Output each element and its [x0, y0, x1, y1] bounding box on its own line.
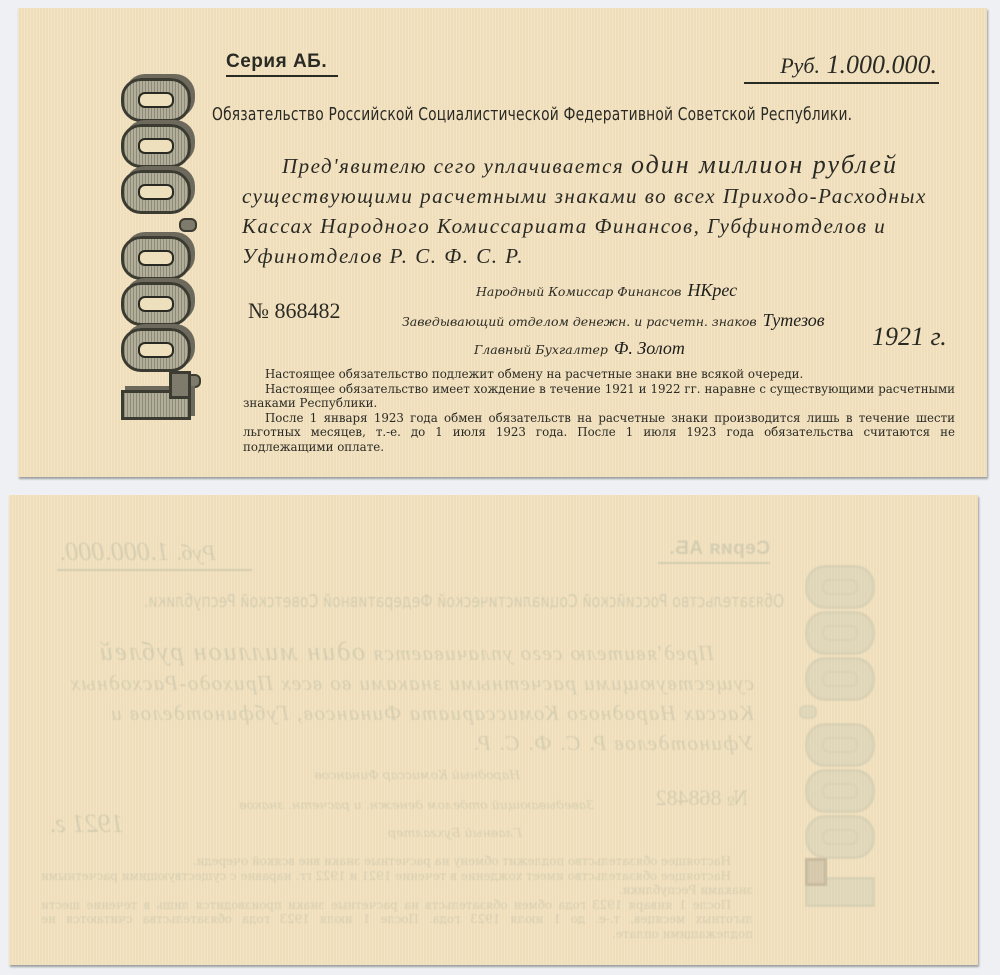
body-line2: существующими расчетными знаками во всех…	[242, 181, 942, 211]
ghost-paragraph: После 1 января 1923 года обмен обязатель…	[41, 898, 753, 942]
show-through-print: Серия АБ. Руб. 1.000.000. Обязательство …	[9, 495, 978, 965]
ghost-line: Пред'явителю сего уплачивается	[365, 641, 714, 665]
fine-print: Настоящее обязательство подлежит обмену …	[243, 367, 955, 454]
fine-print-paragraph: Настоящее обязательство подлежит обмену …	[243, 367, 955, 382]
ghost-fine-print: Настоящее обязательство подлежит обмену …	[41, 854, 753, 941]
vertical-denomination-graphic	[113, 78, 203, 423]
dot-graphic	[799, 705, 817, 719]
digit-zero-graphic	[121, 78, 191, 122]
ghost-serial: № 868482	[656, 785, 749, 811]
signature: НКрес	[687, 280, 737, 300]
banknote-front: Серия АБ. Руб. 1.000.000. Обязательство …	[18, 8, 987, 477]
fine-print-paragraph: Настоящее обязательство имеет хождение в…	[243, 382, 955, 411]
fine-print-paragraph: После 1 января 1923 года обмен обязатель…	[243, 411, 955, 455]
signature-title: Заведывающий отделом денежн. и расчетн. …	[402, 314, 757, 329]
digit-one-graphic	[805, 877, 875, 907]
amount-value: 1.000.000.	[827, 50, 938, 79]
ghost-year: 1921 г.	[49, 809, 124, 839]
note-body: Пред'явителю сего уплачивается один милл…	[242, 150, 942, 271]
ghost-line: Кассах Народного Комиссариата Финансов, …	[54, 698, 754, 728]
ghost-denomination-graphic	[793, 565, 883, 910]
signature-line-chief-accountant: Главный БухгалтерФ. Золот	[474, 338, 685, 359]
signature-line-department-head: Заведывающий отделом денежн. и расчетн. …	[402, 310, 825, 331]
signature: Ф. Золот	[614, 338, 685, 358]
digit-zero-graphic	[805, 723, 875, 767]
digit-zero-graphic	[121, 282, 191, 326]
ghost-currency: Руб.	[176, 540, 216, 565]
ghost-line: Уфинотделов Р. С. Ф. С. Р.	[54, 728, 754, 758]
body-line4: Уфинотделов Р. С. Ф. С. Р.	[242, 241, 942, 271]
body-line1-prefix: Пред'явителю сего уплачивается	[282, 154, 631, 178]
signature-title: Народный Комиссар Финансов	[476, 284, 681, 299]
ghost-line: один миллион рублей	[98, 637, 365, 666]
amount-currency: Руб.	[780, 53, 820, 78]
ghost-title: Обязательство Российской Социалистическо…	[144, 592, 784, 612]
signature-title: Главный Бухгалтер	[474, 342, 608, 357]
dot-graphic	[179, 218, 197, 232]
digit-zero-graphic	[121, 170, 191, 214]
digit-zero-graphic	[805, 657, 875, 701]
signature-line-commissar: Народный Комиссар ФинансовНКрес	[476, 280, 737, 301]
ghost-amount: Руб. 1.000.000.	[57, 537, 252, 571]
digit-zero-graphic	[805, 815, 875, 859]
amount-label: Руб. 1.000.000.	[744, 50, 939, 84]
signature: Тутезов	[763, 310, 825, 330]
ghost-paragraph: Настоящее обязательство имеет хождение в…	[41, 869, 753, 898]
digit-zero-graphic	[805, 769, 875, 813]
ghost-paragraph: Настоящее обязательство подлежит обмену …	[41, 854, 753, 869]
digit-zero-graphic	[805, 565, 875, 609]
ghost-series: Серия АБ.	[658, 538, 770, 564]
issue-year: 1921 г.	[872, 322, 947, 352]
digit-zero-graphic	[121, 328, 191, 372]
ghost-sig: Заведывающий отделом денежн. и расчетн. …	[239, 797, 594, 812]
digit-zero-graphic	[805, 611, 875, 655]
ghost-sig: Главный Бухгалтер	[388, 825, 522, 840]
ghost-body: Пред'явителю сего уплачивается один милл…	[54, 637, 754, 758]
banknote-back: Серия АБ. Руб. 1.000.000. Обязательство …	[9, 495, 978, 965]
digit-zero-graphic	[121, 124, 191, 168]
digit-zero-graphic	[121, 236, 191, 280]
serial-number: № 868482	[248, 298, 341, 324]
ghost-sig: Народный Комиссар Финансов	[315, 767, 520, 782]
series-label: Серия АБ.	[226, 51, 338, 77]
ghost-line: существующими расчетными знаками во всех…	[54, 668, 754, 698]
digit-one-graphic	[121, 390, 191, 420]
ghost-amount-value: 1.000.000.	[59, 537, 170, 566]
note-title: Обязательство Российской Социалистическо…	[212, 105, 852, 125]
body-line3: Кассах Народного Комиссариата Финансов, …	[242, 211, 942, 241]
body-amount-words: один миллион рублей	[631, 150, 898, 179]
